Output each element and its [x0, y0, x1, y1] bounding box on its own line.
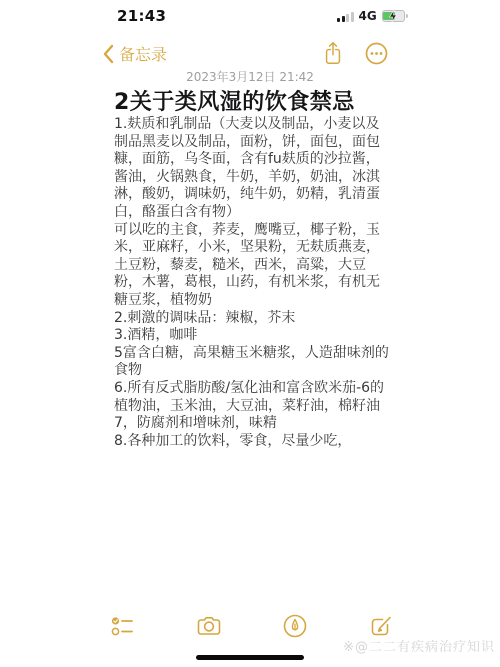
- camera-icon[interactable]: [196, 613, 222, 639]
- status-bar-time: 21:43: [117, 7, 166, 25]
- note-paragraph: 8.各种加工的饮料，零食，尽量少吃，: [114, 433, 392, 451]
- status-bar-right: 4G: [337, 9, 405, 23]
- watermark-text: @二二有疾病治疗知识: [355, 640, 495, 655]
- note-paragraph: 1.麸质和乳制品（大麦以及制品，小麦以及制品黑麦以及制品，面粉，饼，面包，面包糠…: [114, 116, 392, 222]
- note-title: 2关于类风湿的饮食禁忌: [114, 85, 394, 116]
- cellular-signal-icon: [337, 11, 354, 22]
- note-paragraph: 7，防腐剂和增味剂，味精: [114, 415, 392, 433]
- note-paragraph: 可以吃的主食，荞麦，鹰嘴豆，椰子粉，玉米，亚麻籽，小米，坚果粉，无麸质燕麦，土豆…: [114, 222, 392, 310]
- watermark-logo-icon: ※: [343, 640, 355, 655]
- share-icon[interactable]: [323, 41, 343, 65]
- ellipsis-circle-icon[interactable]: [365, 42, 388, 65]
- back-button-label: 备忘录: [119, 42, 167, 65]
- markup-icon[interactable]: [282, 613, 308, 639]
- network-type-label: 4G: [359, 9, 377, 23]
- back-button[interactable]: 备忘录: [102, 42, 167, 65]
- note-paragraph: 3.酒精，咖啡: [114, 327, 392, 345]
- watermark: ※@二二有疾病治疗知识: [343, 636, 495, 655]
- note-editor-area[interactable]: 1.麸质和乳制品（大麦以及制品，小麦以及制品黑麦以及制品，面粉，饼，面包，面包糠…: [114, 116, 392, 450]
- home-indicator[interactable]: [196, 655, 304, 660]
- note-paragraph: 2.刺激的调味品：辣椒，芥末: [114, 310, 392, 328]
- note-paragraph: 5富含白糖，高果糖玉米糖浆，人造甜味剂的食物: [114, 345, 392, 380]
- note-paragraph: 6.所有反式脂肪酸/氢化油和富含欧米茄-6的植物油，玉米油，大豆油，菜籽油，棉籽…: [114, 380, 392, 415]
- note-date: 2023年3月12日 21:42: [0, 68, 500, 85]
- notes-app-screen: 21:43 4G 备忘录 2023年3月12日 21: [0, 0, 500, 667]
- battery-charging-icon: [382, 10, 405, 22]
- chevron-left-icon: [102, 44, 114, 64]
- checklist-icon[interactable]: [110, 613, 136, 639]
